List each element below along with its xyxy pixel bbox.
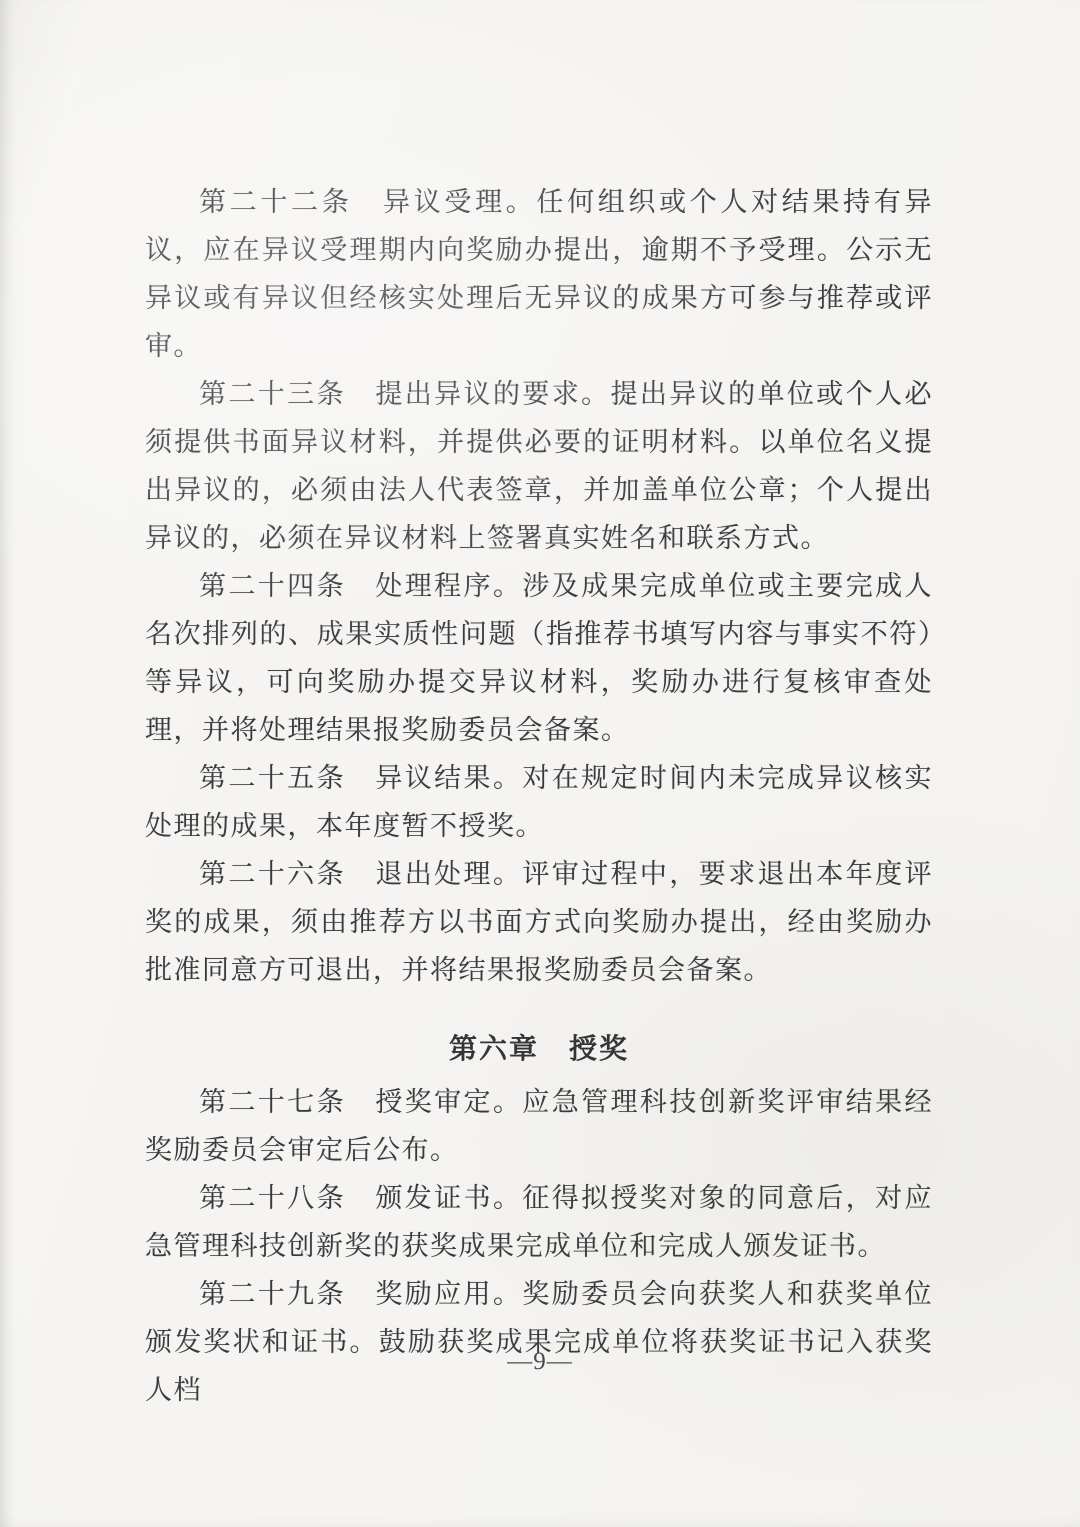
article-paragraph-26: 第二十六条 退出处理。评审过程中，要求退出本年度评奖的成果，须由推荐方以书面方式… (145, 850, 933, 994)
page-footer: —9— (0, 1348, 1080, 1376)
article-paragraph-23: 第二十三条 提出异议的要求。提出异议的单位或个人必须提供书面异议材料，并提供必要… (145, 370, 933, 562)
article-paragraph-22: 第二十二条 异议受理。任何组织或个人对结果持有异议，应在异议受理期内向奖励办提出… (145, 178, 933, 370)
article-paragraph-24: 第二十四条 处理程序。涉及成果完成单位或主要完成人名次排列的、成果实质性问题（指… (145, 562, 933, 754)
page-number: —9— (507, 1348, 573, 1375)
document-body: 第二十二条 异议受理。任何组织或个人对结果持有异议，应在异议受理期内向奖励办提出… (145, 178, 933, 1414)
article-paragraph-28: 第二十八条 颁发证书。征得拟授奖对象的同意后，对应急管理科技创新奖的获奖成果完成… (145, 1174, 933, 1270)
article-paragraph-25: 第二十五条 异议结果。对在规定时间内未完成异议核实处理的成果，本年度暂不授奖。 (145, 754, 933, 850)
article-paragraph-27: 第二十七条 授奖审定。应急管理科技创新奖评审结果经奖励委员会审定后公布。 (145, 1078, 933, 1174)
article-paragraph-29: 第二十九条 奖励应用。奖励委员会向获奖人和获奖单位颁发奖状和证书。鼓励获奖成果完… (145, 1270, 933, 1414)
chapter-heading: 第六章 授奖 (145, 1026, 933, 1074)
document-page: 第二十二条 异议受理。任何组织或个人对结果持有异议，应在异议受理期内向奖励办提出… (0, 0, 1080, 1527)
